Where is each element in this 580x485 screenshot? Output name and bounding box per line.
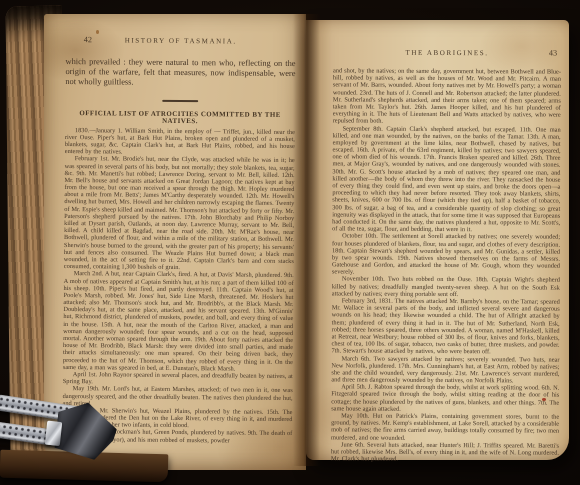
right-page-header: THE ABORIGINES. 43 (333, 47, 561, 57)
left-page-header: 42 HISTORY OF TASMANIA. (66, 35, 296, 46)
body-paragraph: May 10th. Hut on Patrick's Plains, conta… (331, 412, 559, 442)
body-paragraph: June 6th. Several huts attacked, near Hu… (331, 441, 559, 464)
header-spacer (237, 43, 296, 44)
body-paragraph: March 6th. Two sawyers attacked by nativ… (331, 355, 559, 385)
intro-paragraph: which prevailed : they were natural to m… (65, 57, 295, 90)
clasp-buckle (45, 421, 62, 446)
body-paragraph: September 8th. Captain Clark's shepherd … (332, 125, 561, 234)
section-divider-rule (162, 99, 198, 101)
foxing-spot (542, 398, 546, 401)
body-paragraph: 1830.—January 1. William Smith, in the e… (65, 127, 295, 158)
book-photo-scene: 42 HISTORY OF TASMANIA. which prevailed … (0, 0, 580, 485)
body-paragraph: February 3rd, 1831. The natives attacked… (331, 297, 559, 356)
body-paragraph: October 10th. The settlement at Sorell a… (332, 233, 560, 277)
foxing-spot (96, 30, 99, 34)
right-page-number: 43 (549, 49, 561, 58)
body-paragraph: November 10th. Two huts robbed on the Ou… (332, 276, 560, 299)
body-paragraph: and shot, by the natives; on the same da… (333, 67, 561, 126)
left-page-content: 42 HISTORY OF TASMANIA. which prevailed … (62, 35, 296, 445)
book-clasp (0, 389, 130, 478)
left-running-title: HISTORY OF TASMANIA. (125, 37, 237, 46)
right-page-content: THE ABORIGINES. 43 and shot, by the nati… (331, 47, 561, 464)
body-paragraph: April 5th. J. Rabton speared through the… (331, 384, 559, 414)
body-paragraph: March 2nd. A hut, near Captain Clark's, … (63, 270, 294, 373)
right-running-title: THE ABORIGINES. (405, 49, 488, 57)
left-body-text: 1830.—January 1. William Smith, in the e… (62, 127, 295, 445)
right-body-text: and shot, by the natives; on the same da… (331, 67, 561, 464)
body-paragraph: February 1st. Mr. Brodie's hut, near the… (64, 155, 295, 272)
section-heading: OFFICIAL LIST OF ATROCITIES COMMITTED BY… (65, 110, 295, 126)
left-page-number: 42 (66, 35, 92, 44)
